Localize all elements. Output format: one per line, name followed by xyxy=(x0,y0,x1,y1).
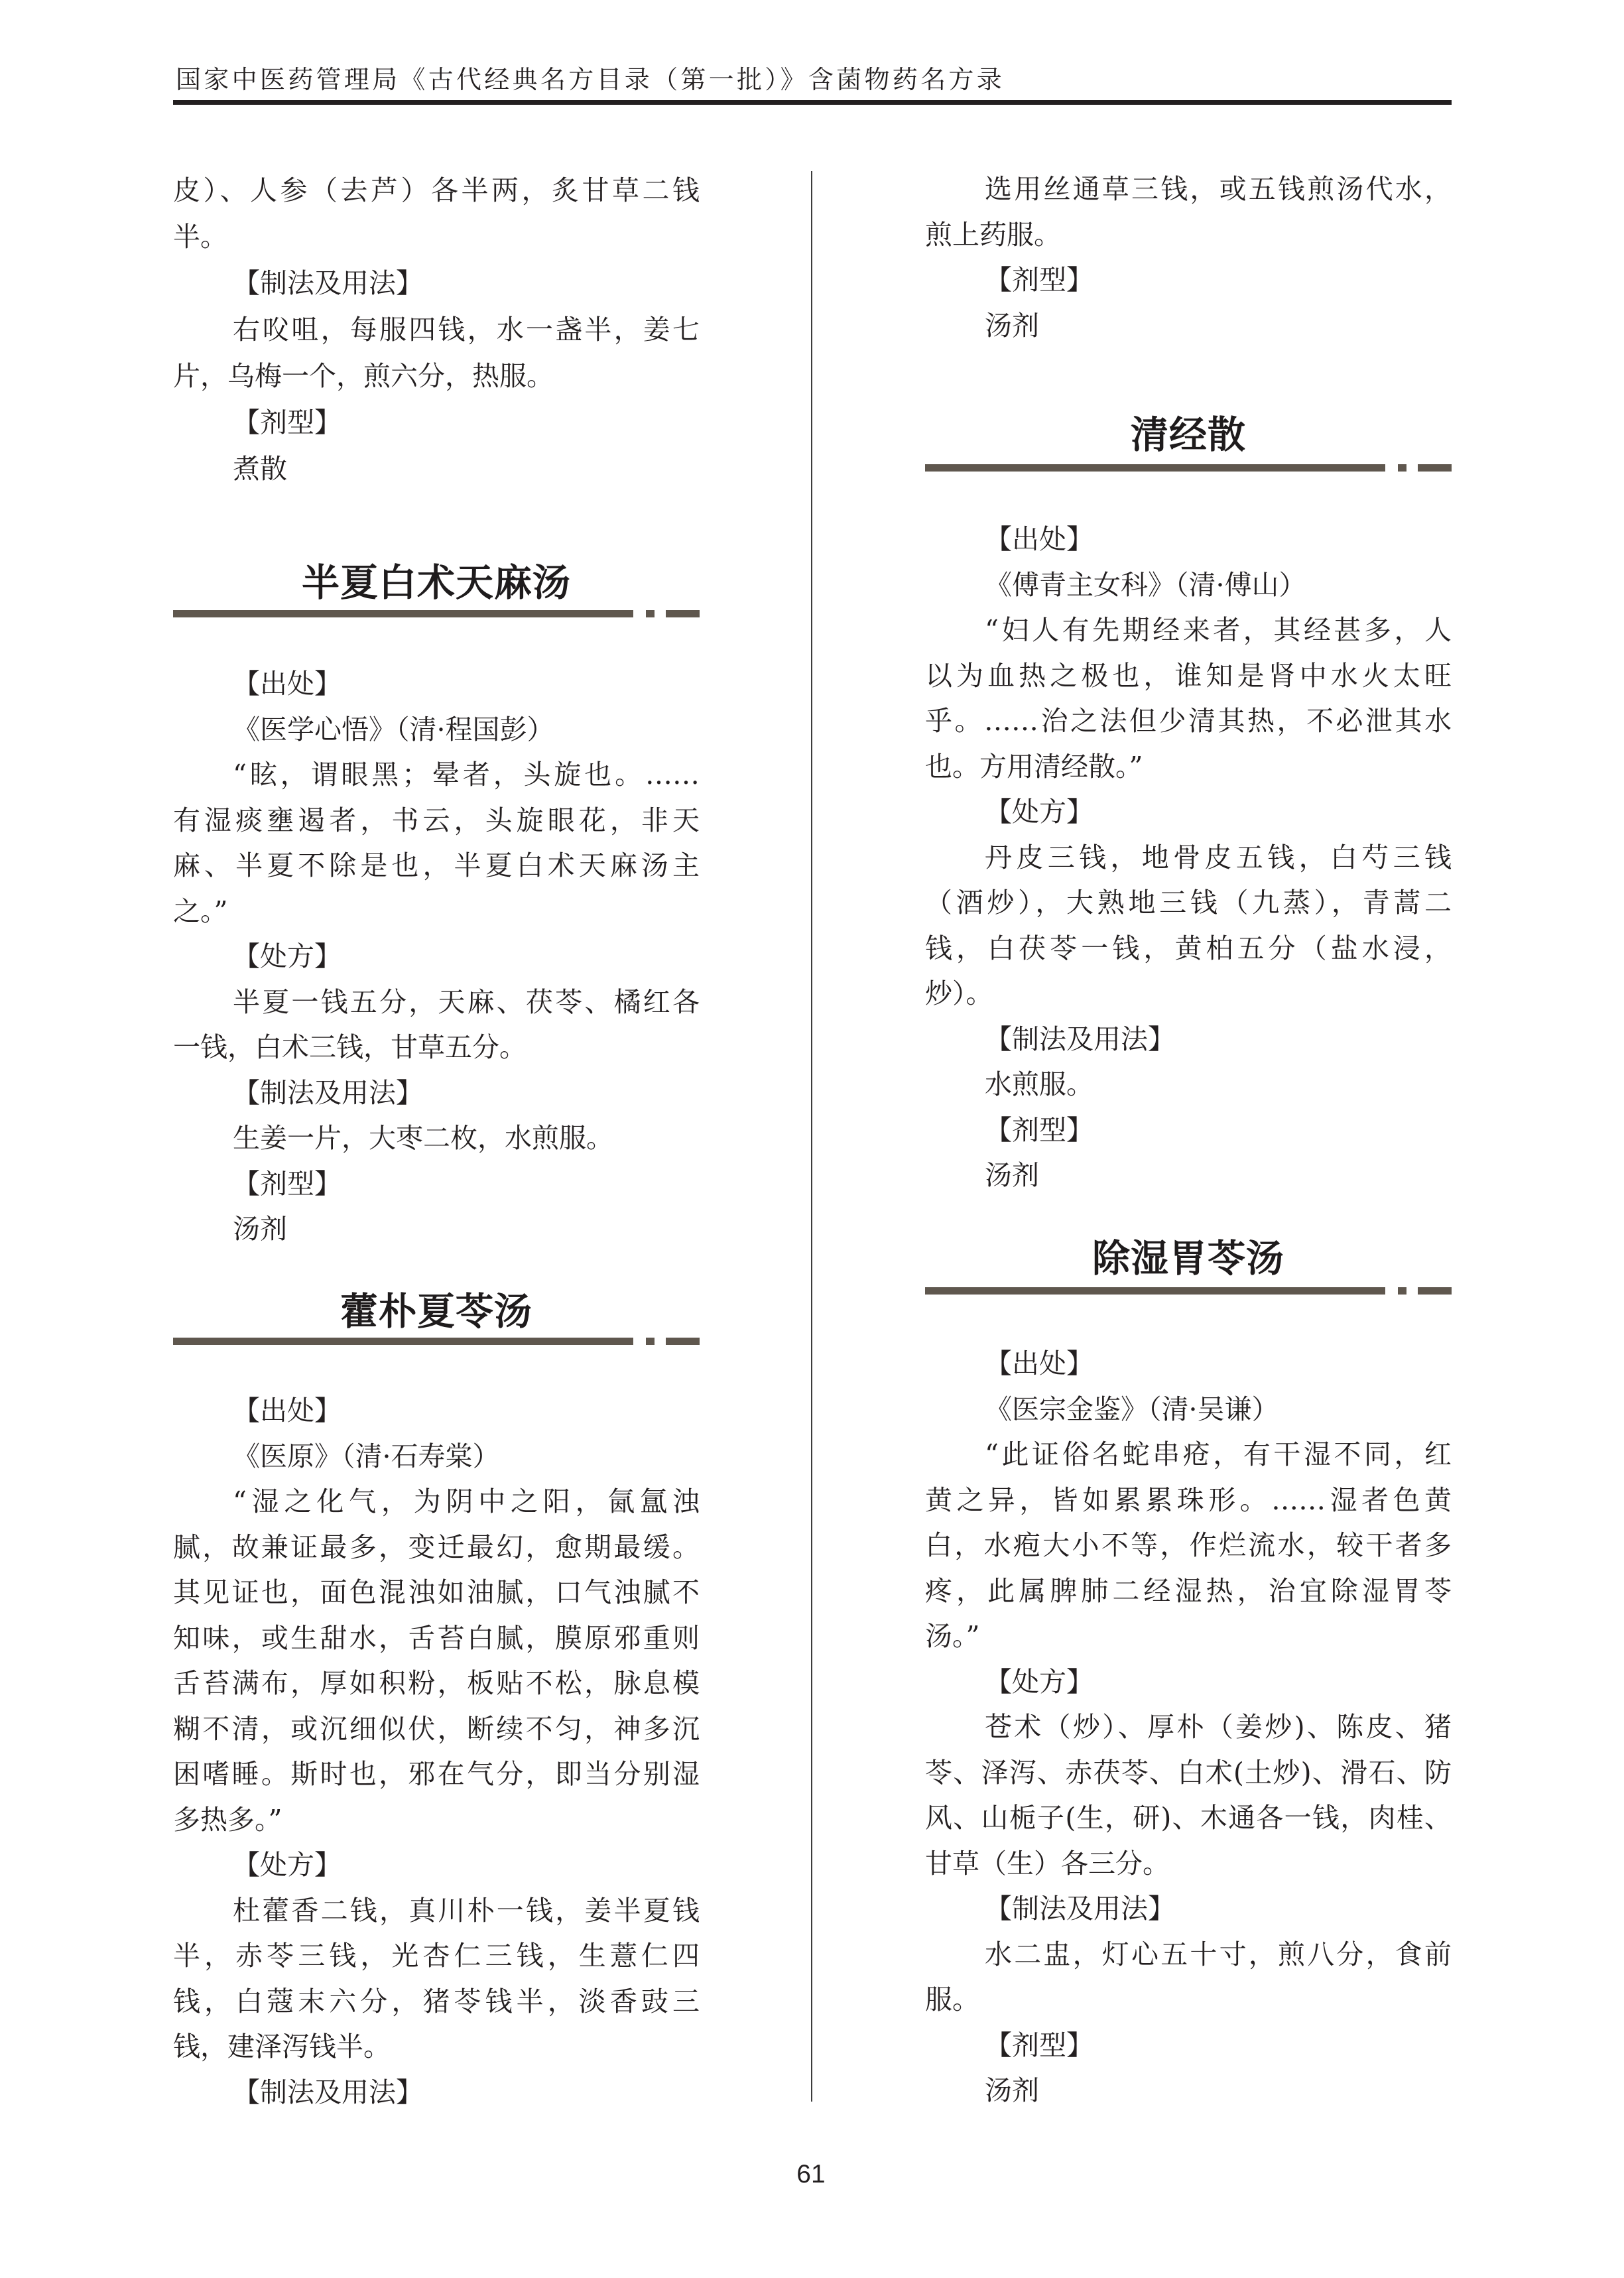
prescription-line: 丹皮三钱，地骨皮五钱，白芍三钱 xyxy=(925,835,1452,881)
prescription-line: 一钱，白术三钱，甘草五分。 xyxy=(173,1025,700,1070)
quote-line: “妇人有先期经来者，其经甚多，人 xyxy=(925,607,1452,653)
prescription-label: 【处方】 xyxy=(925,789,1452,835)
source-label: 【出处】 xyxy=(173,1388,700,1434)
prescription-line: 苓、泽泻、赤茯苓、白术(土炒)、滑石、防 xyxy=(925,1750,1452,1796)
source-label: 【出处】 xyxy=(925,517,1452,562)
rule-end-bar xyxy=(666,610,700,617)
section-rule xyxy=(925,464,1452,472)
quote-line: 其见证也，面色混浊如油腻，口气浊腻不 xyxy=(173,1570,700,1615)
quote-line: 乎。……治之法但少清其热，不必泄其水 xyxy=(925,698,1452,744)
prescription-line: 炒）。 xyxy=(925,971,1452,1017)
prescription-line: 钱，白茯苓一钱，黄柏五分（盐水浸， xyxy=(925,926,1452,972)
method-line: 水二盅，灯心五十寸，煎八分，食前 xyxy=(925,1932,1452,1978)
form-label: 【剂型】 xyxy=(173,399,700,446)
form-label: 【剂型】 xyxy=(173,1161,700,1207)
form-value: 汤剂 xyxy=(925,1153,1452,1198)
quote-line: “眩，谓眼黑；晕者，头旋也。…… xyxy=(173,752,700,798)
section-title: 半夏白术天麻汤 xyxy=(173,563,700,603)
quote-line: 麻、半夏不除是也，半夏白术天麻汤主 xyxy=(173,843,700,889)
method-line: 生姜一片，大枣二枚，水煎服。 xyxy=(173,1115,700,1161)
source-label: 【出处】 xyxy=(173,661,700,707)
form-label: 【剂型】 xyxy=(925,257,1452,303)
section-body: 【出处】 《医宗金鉴》（清·吴谦） “此证俗名蛇串疮，有干湿不同，红 黄之异，皆… xyxy=(925,1341,1452,2114)
quote-line: 疼，此属脾肺二经湿热，治宜除湿胃苓 xyxy=(925,1568,1452,1614)
right-column: 选用丝通草三钱，或五钱煎汤代水， 煎上药服。 【剂型】 汤剂 清经散 【出处】 … xyxy=(925,0,1452,2278)
quote-line: 困嗜睡。斯时也，邪在气分，即当分别湿 xyxy=(173,1751,700,1797)
prescription-label: 【处方】 xyxy=(173,934,700,980)
section-body: 【出处】 《医学心悟》（清·程国彭） “眩，谓眼黑；晕者，头旋也。…… 有湿痰壅… xyxy=(173,661,700,1252)
quote-line: “湿之化气，为阴中之阳，氤氲浊 xyxy=(173,1479,700,1525)
prescription-line: 甘草（生）各三分。 xyxy=(925,1841,1452,1887)
prescription-line: 半夏一钱五分，天麻、茯苓、橘红各 xyxy=(173,980,700,1025)
form-value: 汤剂 xyxy=(925,2068,1452,2114)
section-title: 清经散 xyxy=(925,415,1452,455)
rule-end-bar xyxy=(1418,464,1452,472)
prescription-line: 皮）、人参（去芦）各半两，炙甘草二钱 xyxy=(173,167,700,214)
continuation-block: 皮）、人参（去芦）各半两，炙甘草二钱 半。 【制法及用法】 右㕮咀，每服四钱，水… xyxy=(173,167,700,492)
rule-dot xyxy=(1398,1287,1406,1295)
prescription-line: 苍术（炒）、厚朴（姜炒)、陈皮、猪 xyxy=(925,1704,1452,1750)
method-label: 【制法及用法】 xyxy=(173,2070,700,2116)
prescription-label: 【处方】 xyxy=(173,1842,700,1888)
prescription-line: 钱，建泽泻钱半。 xyxy=(173,2024,700,2070)
quote-line: 腻，故兼证最多，变迁最幻，愈期最缓。 xyxy=(173,1525,700,1570)
source-book: 《医学心悟》（清·程国彭） xyxy=(173,707,700,753)
rule-dot xyxy=(646,610,655,617)
method-line: 煎上药服。 xyxy=(925,212,1452,258)
quote-line: 多热多。” xyxy=(173,1797,700,1843)
prescription-label: 【处方】 xyxy=(925,1659,1452,1705)
quote-line: 糊不清，或沉细似伏，断续不匀，神多沉 xyxy=(173,1706,700,1752)
quote-line: 汤。” xyxy=(925,1614,1452,1659)
rule-main-bar xyxy=(173,610,633,617)
section-body: 【出处】 《医原》（清·石寿棠） “湿之化气，为阴中之阳，氤氲浊 腻，故兼证最多… xyxy=(173,1388,700,2115)
quote-line: 知味，或生甜水，舌苔白腻，膜原邪重则 xyxy=(173,1615,700,1661)
prescription-line: （酒炒），大熟地三钱（九蒸），青蒿二 xyxy=(925,880,1452,926)
method-line: 水煎服。 xyxy=(925,1062,1452,1107)
form-label: 【剂型】 xyxy=(925,1107,1452,1153)
prescription-line: 半，赤苓三钱，光杏仁三钱，生薏仁四 xyxy=(173,1933,700,1979)
rule-end-bar xyxy=(1418,1287,1452,1295)
section-title: 藿朴夏苓汤 xyxy=(173,1292,700,1332)
form-label: 【剂型】 xyxy=(925,2023,1452,2068)
quote-line: 也。方用清经散。” xyxy=(925,744,1452,790)
section-rule xyxy=(173,1338,700,1345)
source-book: 《医原》（清·石寿棠） xyxy=(173,1434,700,1480)
method-label: 【制法及用法】 xyxy=(925,1017,1452,1062)
method-line: 服。 xyxy=(925,1977,1452,2023)
quote-line: 舌苔满布，厚如积粉，板贴不松，脉息模 xyxy=(173,1661,700,1706)
prescription-line: 钱，白蔻末六分，猪苓钱半，淡香豉三 xyxy=(173,1979,700,2025)
prescription-line: 半。 xyxy=(173,214,700,260)
quote-line: “此证俗名蛇串疮，有干湿不同，红 xyxy=(925,1432,1452,1478)
section-rule xyxy=(173,610,700,617)
prescription-line: 杜藿香二钱，真川朴一钱，姜半夏钱 xyxy=(173,1888,700,1934)
method-label: 【制法及用法】 xyxy=(173,260,700,306)
rule-dot xyxy=(1398,464,1406,472)
source-label: 【出处】 xyxy=(925,1341,1452,1387)
rule-dot xyxy=(646,1338,655,1345)
source-book: 《医宗金鉴》（清·吴谦） xyxy=(925,1387,1452,1432)
method-line: 选用丝通草三钱，或五钱煎汤代水， xyxy=(925,166,1452,212)
form-value: 汤剂 xyxy=(925,303,1452,349)
continuation-block: 选用丝通草三钱，或五钱煎汤代水， 煎上药服。 【剂型】 汤剂 xyxy=(925,166,1452,348)
section-title: 除湿胃苓汤 xyxy=(925,1239,1452,1279)
form-value: 煮散 xyxy=(173,446,700,492)
method-line: 片，乌梅一个，煎六分，热服。 xyxy=(173,353,700,399)
page-number: 61 xyxy=(745,2158,877,2191)
prescription-line: 风、山栀子(生，研)、木通各一钱，肉桂、 xyxy=(925,1795,1452,1841)
quote-line: 白，水疱大小不等，作烂流水，较干者多 xyxy=(925,1523,1452,1568)
form-value: 汤剂 xyxy=(173,1206,700,1252)
quote-line: 之。” xyxy=(173,889,700,934)
column-divider xyxy=(811,171,812,2102)
quote-line: 有湿痰壅遏者，书云，头旋眼花，非天 xyxy=(173,798,700,844)
rule-main-bar xyxy=(925,1287,1385,1295)
rule-end-bar xyxy=(666,1338,700,1345)
rule-main-bar xyxy=(173,1338,633,1345)
method-label: 【制法及用法】 xyxy=(173,1070,700,1116)
section-body: 【出处】 《傅青主女科》（清·傅山） “妇人有先期经来者，其经甚多，人 以为血热… xyxy=(925,517,1452,1198)
method-label: 【制法及用法】 xyxy=(925,1886,1452,1932)
rule-main-bar xyxy=(925,464,1385,472)
left-column: 皮）、人参（去芦）各半两，炙甘草二钱 半。 【制法及用法】 右㕮咀，每服四钱，水… xyxy=(173,0,700,2278)
method-line: 右㕮咀，每服四钱，水一盏半，姜七 xyxy=(173,306,700,353)
source-book: 《傅青主女科》（清·傅山） xyxy=(925,562,1452,608)
section-rule xyxy=(925,1287,1452,1295)
quote-line: 以为血热之极也，谁知是肾中水火太旺 xyxy=(925,653,1452,699)
quote-line: 黄之异，皆如累累珠形。……湿者色黄 xyxy=(925,1478,1452,1523)
